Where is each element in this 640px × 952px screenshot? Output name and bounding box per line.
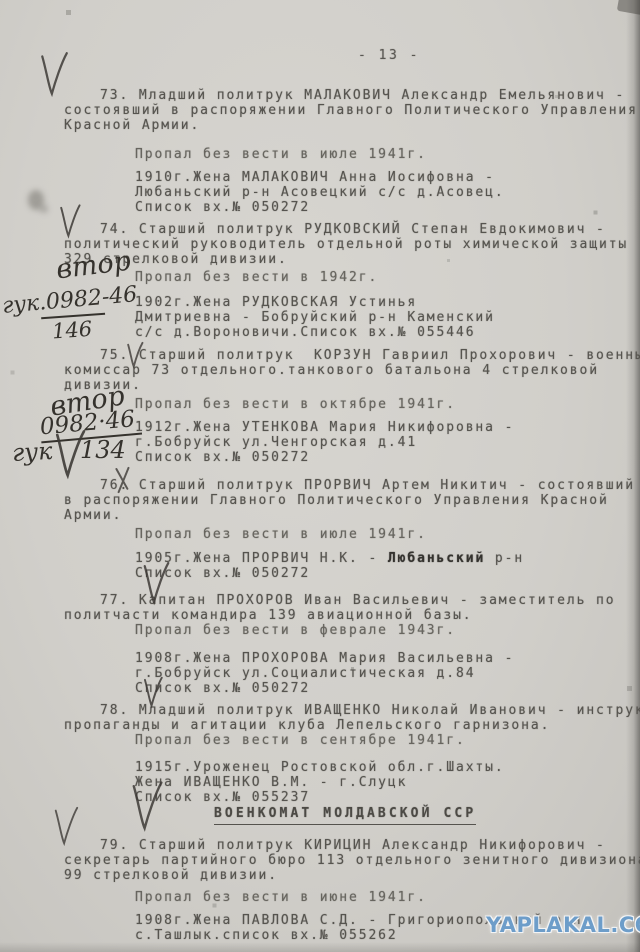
- handwritten-note-146: 146: [41, 313, 107, 344]
- entry-info: 1902г.Жена РУДКОВСКАЯ Устинья Дмитриевна…: [135, 295, 640, 340]
- scan-edge-shadow-bottom: [0, 942, 640, 952]
- checkmark-icon: [140, 560, 172, 606]
- entry-info-line: Любаньский р-н Асовецкий с/с д.Асовец.: [135, 185, 640, 200]
- entry-head-line: 329 стрелковой дивизии.: [64, 252, 640, 267]
- info-prefix: 1905г.Жена ПРОРВИЧ Н.К. -: [135, 551, 388, 566]
- handwritten-note-134: 134: [80, 436, 126, 464]
- entry-info: 1915г.Уроженец Ростовской обл.г.Шахты. Ж…: [135, 760, 640, 805]
- entry-head-line: секретарь партийного бюро 113 отдельного…: [64, 853, 640, 868]
- checkmark-icon: [122, 341, 148, 369]
- entry-info-line: Список вх.№ 055237: [135, 790, 640, 805]
- entry-info-line: 1910г.Жена МАЛАКОВИЧ Анна Иосифовна -: [135, 170, 640, 185]
- entry-info: 1905г.Жена ПРОРВИЧ Н.К. - Любаньский р-н…: [135, 551, 640, 581]
- entry-head-line: состоявший в распоряжении Главного Полит…: [64, 103, 640, 118]
- entry-info: 1912г.Жена УТЕНКОВА Мария Никифоровна - …: [135, 420, 640, 465]
- entry-head-line: в распоряжении Главного Политического Уп…: [64, 493, 640, 508]
- info-suffix: р-н: [485, 551, 524, 566]
- section-header-moldavian-ssr: ВОЕНКОМАТ МОЛДАВСКОЙ ССР: [214, 806, 476, 825]
- checkmark-icon: [52, 798, 80, 854]
- entry-head-line: 75. Старший политрук КОРЗУН Гавриил Прох…: [64, 348, 640, 363]
- scanned-document-page: - 13 - 73. Младший политрук МАЛАКОВИЧ Ал…: [0, 0, 640, 952]
- entry-head-line: пропаганды и агитации клуба Лепельского …: [64, 718, 640, 733]
- entry-info-line: Дмитриевна - Бобруйский р-н Каменский: [135, 310, 640, 325]
- page-number: - 13 -: [358, 48, 420, 63]
- entry-info-line: 1912г.Жена УТЕНКОВА Мария Никифоровна -: [135, 420, 640, 435]
- handwritten-note-guk: гук: [11, 437, 53, 467]
- entry-status-line: Пропал без вести в июле 1941г.: [135, 147, 640, 162]
- entry-head-line: политчасти командира 139 авиационной баз…: [64, 608, 640, 623]
- entry-info-line: 1905г.Жена ПРОРВИЧ Н.К. - Любаньский р-н: [135, 551, 640, 566]
- entry-info-line: 1902г.Жена РУДКОВСКАЯ Устинья: [135, 295, 640, 310]
- entry-head-line: комиссар 73 отдельного.танкового батальо…: [64, 363, 640, 378]
- entry-info-line: Список вх.№ 050272: [135, 450, 640, 465]
- watermark: YAPLAKAL.COM: [486, 913, 640, 937]
- entry-status-line: Пропал без вести в октябре 1941г.: [135, 397, 640, 412]
- entry-info-line: г.Бобруйск ул.Ченгорская д.41: [135, 435, 640, 450]
- entry-head-line: 99 стрелковой дивизии.: [64, 868, 640, 883]
- entry-status-line: Пропал без вести в феврале 1943г.: [135, 623, 640, 638]
- entry-info-line: с/с д.Вороновичи.Список вх.№ 055446: [135, 325, 640, 340]
- district-stamped-word: Любаньский: [388, 551, 485, 566]
- entry-status-line: Пропал без вести в июне 1941г.: [135, 890, 640, 905]
- entry-info-line: 1908г.Жена ПРОХОРОВА Мария Васильевна -: [135, 651, 640, 666]
- entry-status-line: Пропал без вести в июле 1941г.: [135, 527, 640, 542]
- entry-info-line: Жена ИВАЩЕНКО В.М. - г.Слуцк: [135, 775, 640, 790]
- entry-73: 73. Младший политрук МАЛАКОВИЧ Александр…: [64, 88, 640, 215]
- entry-head-line: 79. Старший политрук КИРИЦИН Александр Н…: [64, 838, 640, 853]
- checkmark-icon: [142, 670, 164, 714]
- entry-info-line: 1915г.Уроженец Ростовской обл.г.Шахты.: [135, 760, 640, 775]
- entry-head-line: политический руководитель отдельной роты…: [64, 237, 640, 252]
- entry-74: 74. Старший политрук РУДКОВСКИЙ Степан Е…: [64, 222, 640, 340]
- entry-info: 1910г.Жена МАЛАКОВИЧ Анна Иосифовна - Лю…: [135, 170, 640, 215]
- entry-head-line: Армии.: [64, 508, 640, 523]
- entry-75: 75. Старший политрук КОРЗУН Гавриил Прох…: [64, 348, 640, 465]
- checkmark-icon: [58, 200, 82, 242]
- entry-info: 1908г.Жена ПРОХОРОВА Мария Васильевна - …: [135, 651, 640, 696]
- entry-head-line: дивизии.: [64, 378, 640, 393]
- entry-status-line: Пропал без вести в 1942г.: [135, 270, 640, 285]
- entry-head-line: Красной Армии.: [64, 118, 640, 133]
- checkmark-icon: [127, 779, 167, 833]
- entry-status-line: Пропал без вести в сентябре 1941г.: [135, 733, 640, 748]
- checkmark-icon: [38, 46, 70, 102]
- entry-info-line: Список вх.№ 050272: [135, 566, 640, 581]
- entry-info-line: Список вх.№ 050272: [135, 681, 640, 696]
- paper-stain: [40, 205, 48, 213]
- paper-specks: [0, 0, 1, 1]
- entry-head-line: 73. Младший политрук МАЛАКОВИЧ Александр…: [64, 88, 640, 103]
- entry-info-line: Список вх.№ 050272: [135, 200, 640, 215]
- cross-mark-icon: [112, 465, 134, 495]
- entry-info-line: г.Бобруйск ул.Социалистическая д.84: [135, 666, 640, 681]
- entry-head-line: 74. Старший политрук РУДКОВСКИЙ Степан Е…: [64, 222, 640, 237]
- entry-head-line: 76. Старший политрук ПРОРВИЧ Артем Никит…: [64, 478, 640, 493]
